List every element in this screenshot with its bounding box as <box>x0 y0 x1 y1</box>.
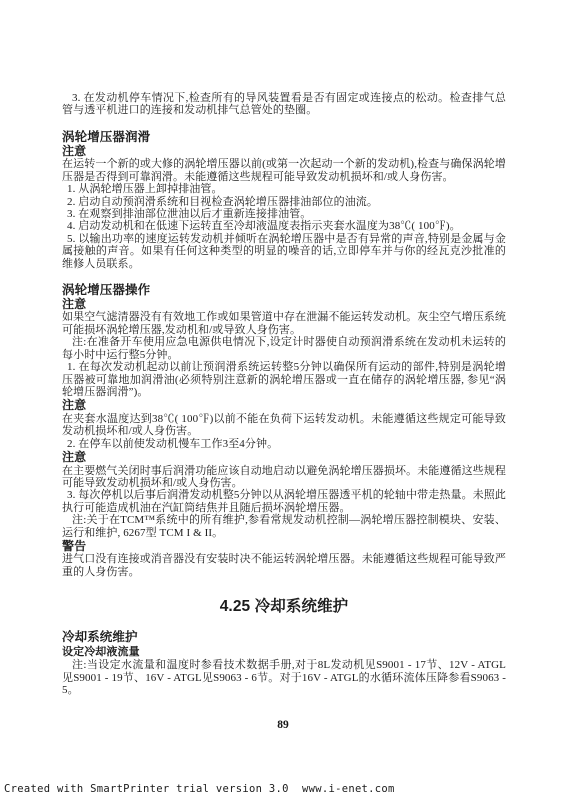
notice-heading: 注意 <box>62 298 506 312</box>
paragraph: 进气口没有连接或消音器没有安装时决不能运转涡轮增压器。未能遵循这些规程可能导致严… <box>62 553 506 578</box>
list-item: 1. 在每次发动机起动以前让预润滑系统运转整5分钟以确保所有运动的部件,特别是涡… <box>62 361 506 398</box>
sub-heading: 设定冷却液流量 <box>62 646 506 659</box>
section-heading: 涡轮增压器操作 <box>62 283 506 297</box>
notice-heading: 注意 <box>62 451 506 465</box>
page-number: 89 <box>0 719 566 731</box>
list-item: 5. 以输出功率的速度运转发动机并倾听在涡轮增压器中是否有异常的声音,特别是金属… <box>62 233 506 270</box>
notice-heading: 注意 <box>62 145 506 159</box>
note-paragraph: 注:在准备开车使用应急电源供电情况下,设定计时器使自动预润滑系统在发动机未运转的… <box>62 336 506 361</box>
list-item: 2. 在停车以前使发动机慢车工作3至4分钟。 <box>62 438 506 450</box>
note-paragraph: 注:关于在TCM™系统中的所有维护,参看常规发动机控制—涡轮增压器控制模块、安装… <box>62 514 506 539</box>
list-item: 1. 从涡轮增压器上卸掉排油管。 <box>62 183 506 195</box>
paragraph: 如果空气滤清器没有有效地工作或如果管道中存在泄漏不能运转发动机。灰尘空气增压系统… <box>62 311 506 336</box>
paragraph: 在运转一个新的或大修的涡轮增压器以前(或第一次起动一个新的发动机),检查与确保涡… <box>62 158 506 183</box>
note-paragraph: 注:当设定水流量和温度时参看技术数据手册,对于8L发动机见S9001 - 17节… <box>62 659 506 696</box>
watermark-text: Created with SmartPrinter trial version … <box>4 783 395 795</box>
list-item: 3. 在观察到排油部位泄油以后才重新连接排油管。 <box>62 208 506 220</box>
list-item: 4. 启动发动机和在低速下运转直至冷却液温度表指示夹套水温度为38℃( 100℉… <box>62 220 506 232</box>
section-heading: 涡轮增压器润滑 <box>62 130 506 144</box>
notice-heading: 警告 <box>62 540 506 554</box>
list-item: 3. 每次停机以后事后润滑发动机整5分钟以从涡轮增压器透平机的轮轴中带走热量。未… <box>62 489 506 514</box>
doc-blocks: 3. 在发动机停车情况下,检查所有的导风装置看是否有固定或连接点的松动。检查排气… <box>62 92 506 697</box>
section-heading: 冷却系统维护 <box>62 630 506 644</box>
document-page: 3. 在发动机停车情况下,检查所有的导风装置看是否有固定或连接点的松动。检查排气… <box>0 0 566 800</box>
list-item: 2. 启动自动预润滑系统和目视检查涡轮增压器排油部位的油流。 <box>62 196 506 208</box>
paragraph: 3. 在发动机停车情况下,检查所有的导风装置看是否有固定或连接点的松动。检查排气… <box>62 92 506 117</box>
chapter-title: 4.25 冷却系统维护 <box>62 598 506 615</box>
paragraph: 在主要燃气关闭时事后润滑功能应该自动地启动以避免涡轮增压器损坏。未能遵循这些规程… <box>62 465 506 490</box>
paragraph: 在夹套水温度达到38℃( 100℉)以前不能在负荷下运转发动机。未能遵循这些规定… <box>62 413 506 438</box>
notice-heading: 注意 <box>62 399 506 413</box>
